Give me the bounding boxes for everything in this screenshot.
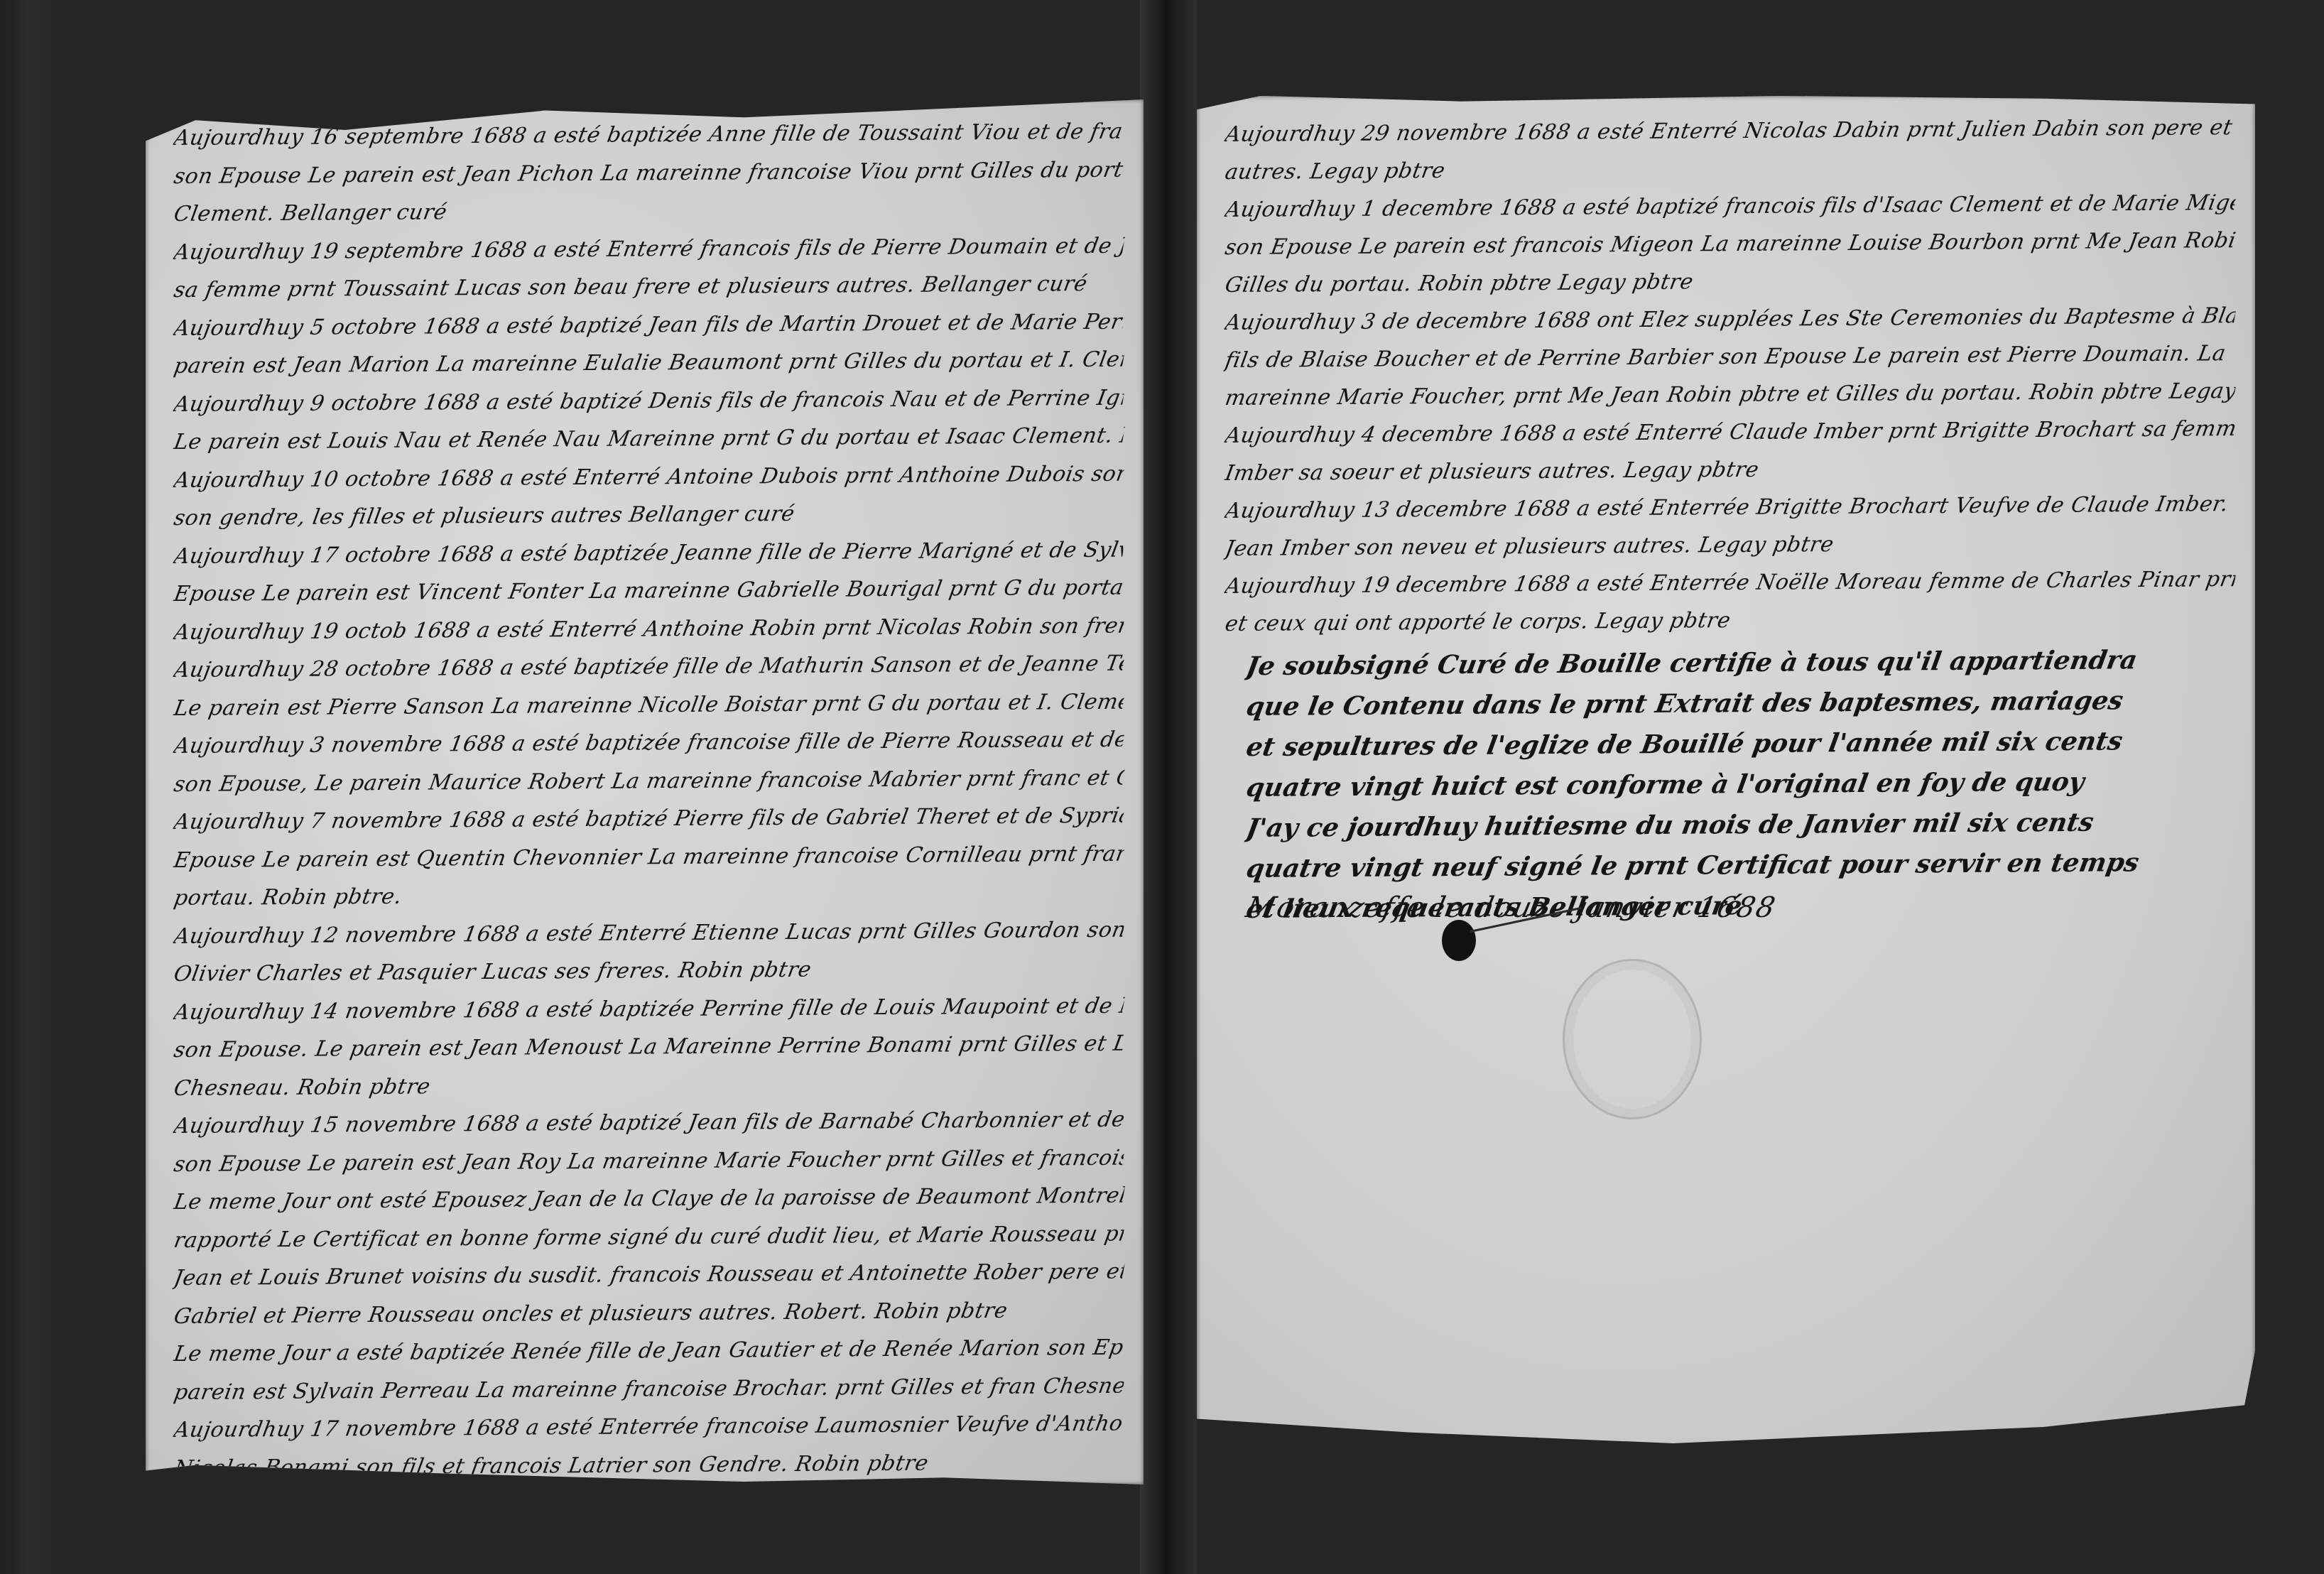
register-line: Clement. Bellanger curé <box>170 189 1126 234</box>
register-line: Chesneau. Robin pbtre <box>170 1063 1126 1107</box>
register-line: rapporté Le Certificat en bonne forme si… <box>170 1215 1126 1259</box>
certificate-block: Je soubsigné Curé de Bouille certifie à … <box>1247 646 2227 930</box>
register-line: autres. Legay pbtre <box>1222 146 2239 191</box>
register-line: fils de Blaise Boucher et de Perrine Bar… <box>1222 335 2239 379</box>
register-line: Aujourdhuy 28 octobre 1688 a esté baptiz… <box>170 645 1126 690</box>
register-line: Le parein est Louis Nau et Renée Nau Mar… <box>170 417 1126 462</box>
left-page-entries: Aujourdhuy 16 septembre 1688 a esté bapt… <box>174 119 1122 1485</box>
register-line: portau. Robin pbtre. <box>170 873 1126 918</box>
register-line: Epouse Le parein est Quentin Chevonnier … <box>170 835 1126 879</box>
register-line: Aujourdhuy 5 octobre 1688 a esté baptizé… <box>170 303 1126 347</box>
register-line: son Epouse Le parein est Jean Roy La mar… <box>170 1139 1126 1183</box>
left-page: Aujourdhuy 16 septembre 1688 a esté bapt… <box>146 99 1144 1485</box>
certificate-line: que le Contenu dans le prnt Extrait des … <box>1243 680 2231 727</box>
certificate-line: quatre vingt huict est conforme à l'orig… <box>1243 761 2231 808</box>
certificate-line: et sepultures de l'eglize de Bouillé pou… <box>1243 720 2231 768</box>
register-line: Aujourdhuy 12 novembre 1688 a esté Enter… <box>170 911 1126 955</box>
certificate-line: Je soubsigné Curé de Bouille certifie à … <box>1243 639 2231 687</box>
register-line: Jean Imber son neveu et plusieurs autres… <box>1222 523 2239 568</box>
register-line: Aujourdhuy 3 novembre 1688 a esté baptiz… <box>170 721 1126 766</box>
book-spine-gutter <box>1140 0 1197 1574</box>
register-line: Le parein est Pierre Sanson La mareinne … <box>170 683 1126 727</box>
register-line: Aujourdhuy 19 septembre 1688 a esté Ente… <box>170 227 1126 271</box>
embossed-stamp-icon <box>1563 959 1702 1119</box>
register-line: mareinne Marie Foucher, prnt Me Jean Rob… <box>1222 372 2239 417</box>
wax-seal-icon <box>1442 920 1476 961</box>
register-line: Gabriel et Pierre Rousseau oncles et plu… <box>170 1291 1126 1335</box>
register-line: Aujourdhuy 1 decembre 1688 a esté baptiz… <box>1222 184 2239 229</box>
register-line: parein est Jean Marion La mareinne Eulal… <box>170 341 1126 386</box>
register-line: Jean et Louis Brunet voisins du susdit. … <box>170 1253 1126 1298</box>
register-line: son Epouse Le parein est Jean Pichon La … <box>170 151 1126 195</box>
closing-note: Moranzeffe le douze janvier 1688 <box>1243 891 1779 924</box>
certificate-line: J'ay ce jourdhuy huitiesme du mois de Ja… <box>1243 801 2231 849</box>
register-line: Aujourdhuy 4 decembre 1688 a esté Enterr… <box>1222 410 2239 455</box>
register-line: et ceux qui ont apporté le corps. Legay … <box>1222 598 2239 643</box>
register-line: Aujourdhuy 29 novembre 1688 a esté Enter… <box>1222 109 2239 153</box>
register-line: son Epouse, Le parein Maurice Robert La … <box>170 759 1126 803</box>
register-line: Le meme Jour a esté baptizée Renée fille… <box>170 1329 1126 1374</box>
register-line: Gilles du portau. Robin pbtre Legay pbtr… <box>1222 259 2239 304</box>
right-page: Aujourdhuy 29 novembre 1688 a esté Enter… <box>1197 96 2255 1460</box>
register-line: Olivier Charles et Pasquier Lucas ses fr… <box>170 949 1126 994</box>
register-line: Aujourdhuy 3 de decembre 1688 ont Elez s… <box>1222 297 2239 342</box>
register-line: Epouse Le parein est Vincent Fonter La m… <box>170 569 1126 614</box>
register-line: Aujourdhuy 17 octobre 1688 a esté baptiz… <box>170 531 1126 575</box>
register-line: Aujourdhuy 15 novembre 1688 a esté bapti… <box>170 1101 1126 1146</box>
register-line: Aujourdhuy 19 octob 1688 a esté Enterré … <box>170 607 1126 651</box>
register-line: Aujourdhuy 9 octobre 1688 a esté baptizé… <box>170 379 1126 423</box>
register-line: Aujourdhuy 7 novembre 1688 a esté baptiz… <box>170 797 1126 842</box>
register-line: Imber sa soeur et plusieurs autres. Lega… <box>1222 447 2239 492</box>
register-line: Le meme Jour ont esté Epousez Jean de la… <box>170 1177 1126 1222</box>
register-line: sa femme prnt Toussaint Lucas son beau f… <box>170 265 1126 310</box>
right-page-entries: Aujourdhuy 29 novembre 1688 a esté Enter… <box>1225 116 2234 643</box>
register-line: son gendre, les filles et plusieurs autr… <box>170 493 1126 538</box>
register-line: Aujourdhuy 13 decembre 1688 a esté Enter… <box>1222 485 2239 530</box>
register-line: Aujourdhuy 19 decembre 1688 a esté Enter… <box>1222 560 2239 605</box>
register-line: Aujourdhuy 17 novembre 1688 a esté Enter… <box>170 1405 1126 1450</box>
register-line: Aujourdhuy 14 novembre 1688 a esté bapti… <box>170 987 1126 1031</box>
certificate-line: quatre vingt neuf signé le prnt Certific… <box>1243 842 2231 889</box>
register-line: Aujourdhuy 10 octobre 1688 a esté Enterr… <box>170 455 1126 499</box>
register-line: parein est Sylvain Perreau La mareinne f… <box>170 1367 1126 1411</box>
register-line: son Epouse. Le parein est Jean Menoust L… <box>170 1025 1126 1070</box>
register-line: son Epouse Le parein est francois Migeon… <box>1222 222 2239 266</box>
